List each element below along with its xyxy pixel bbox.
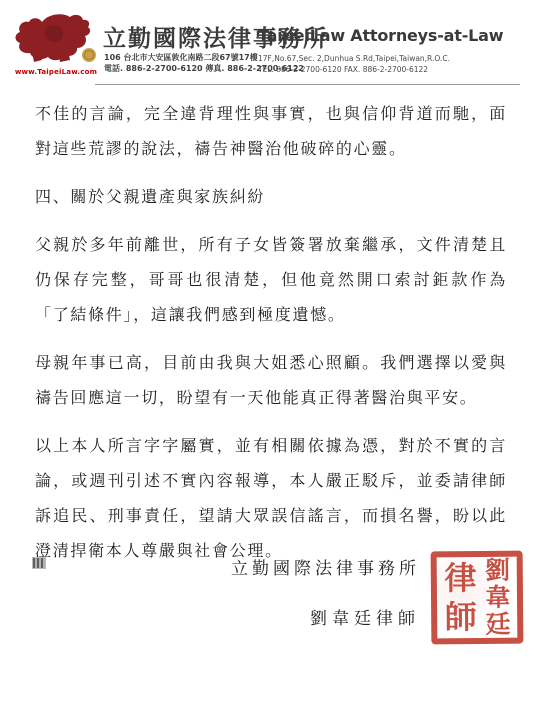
lion-logo-icon (12, 8, 100, 68)
paragraph-1: 不佳的言論，完全違背理性與事實，也與信仰背道而馳，面對這些荒謬的說法，禱告神醫治… (35, 96, 507, 166)
seal-left-column: 律師 (442, 558, 479, 636)
letter-body: 不佳的言論，完全違背理性與事實，也與信仰背道而馳，面對這些荒謬的說法，禱告神醫治… (35, 96, 507, 568)
seal-right-column: 劉韋廷 (484, 557, 512, 638)
signature-firm-name: 立勤國際法律事務所 (0, 556, 420, 582)
contact-chinese: 106 台北市大安區敦化南路二段67號17樓 電話. 886-2-2700-61… (104, 52, 254, 74)
header-divider (95, 84, 520, 85)
paragraph-4: 以上本人所言字字屬實，並有相關依據為憑，對於不實的言論，或週刊引述不實內容報導，… (35, 428, 507, 568)
paragraph-3: 母親年事已高，目前由我與大姐悉心照顧。我們選擇以愛與禱告回應這一切，盼望有一天他… (35, 345, 507, 415)
attorney-seal: 律師 劉韋廷 (431, 551, 524, 645)
letter-page: www.TaipeiLaw.com 立勤國際法律事務所 TaipeiLaw At… (0, 0, 539, 718)
phone-chinese: 電話. 886-2-2700-6120 傳真. 886-2-2700-6122 (104, 63, 254, 74)
section-heading: 四、關於父親遺產與家族糾紛 (35, 179, 507, 214)
logo-url-text: www.TaipeiLaw.com (12, 68, 100, 76)
paragraph-2: 父親於多年前離世，所有子女皆簽署放棄繼承，文件清楚且仍保存完整，哥哥也很清楚，但… (35, 227, 507, 332)
letterhead: www.TaipeiLaw.com 立勤國際法律事務所 TaipeiLaw At… (0, 0, 539, 96)
signature-attorney-name: 劉韋廷律師 (0, 606, 420, 632)
firm-name-english: TaipeiLaw Attorneys-at-Law (258, 26, 503, 45)
address-chinese: 106 台北市大安區敦化南路二段67號17樓 (104, 52, 254, 63)
address-english: 17F,No.67,Sec. 2,Dunhua S.Rd,Taipei,Taiw… (258, 53, 468, 64)
contact-english: 17F,No.67,Sec. 2,Dunhua S.Rd,Taipei,Taiw… (258, 53, 468, 75)
firm-logo: www.TaipeiLaw.com (12, 8, 100, 78)
signature-block: 立勤國際法律事務所 劉韋廷律師 (0, 556, 420, 632)
phone-english: TEL. 886-2-2700-6120 FAX. 886-2-2700-612… (258, 64, 468, 75)
